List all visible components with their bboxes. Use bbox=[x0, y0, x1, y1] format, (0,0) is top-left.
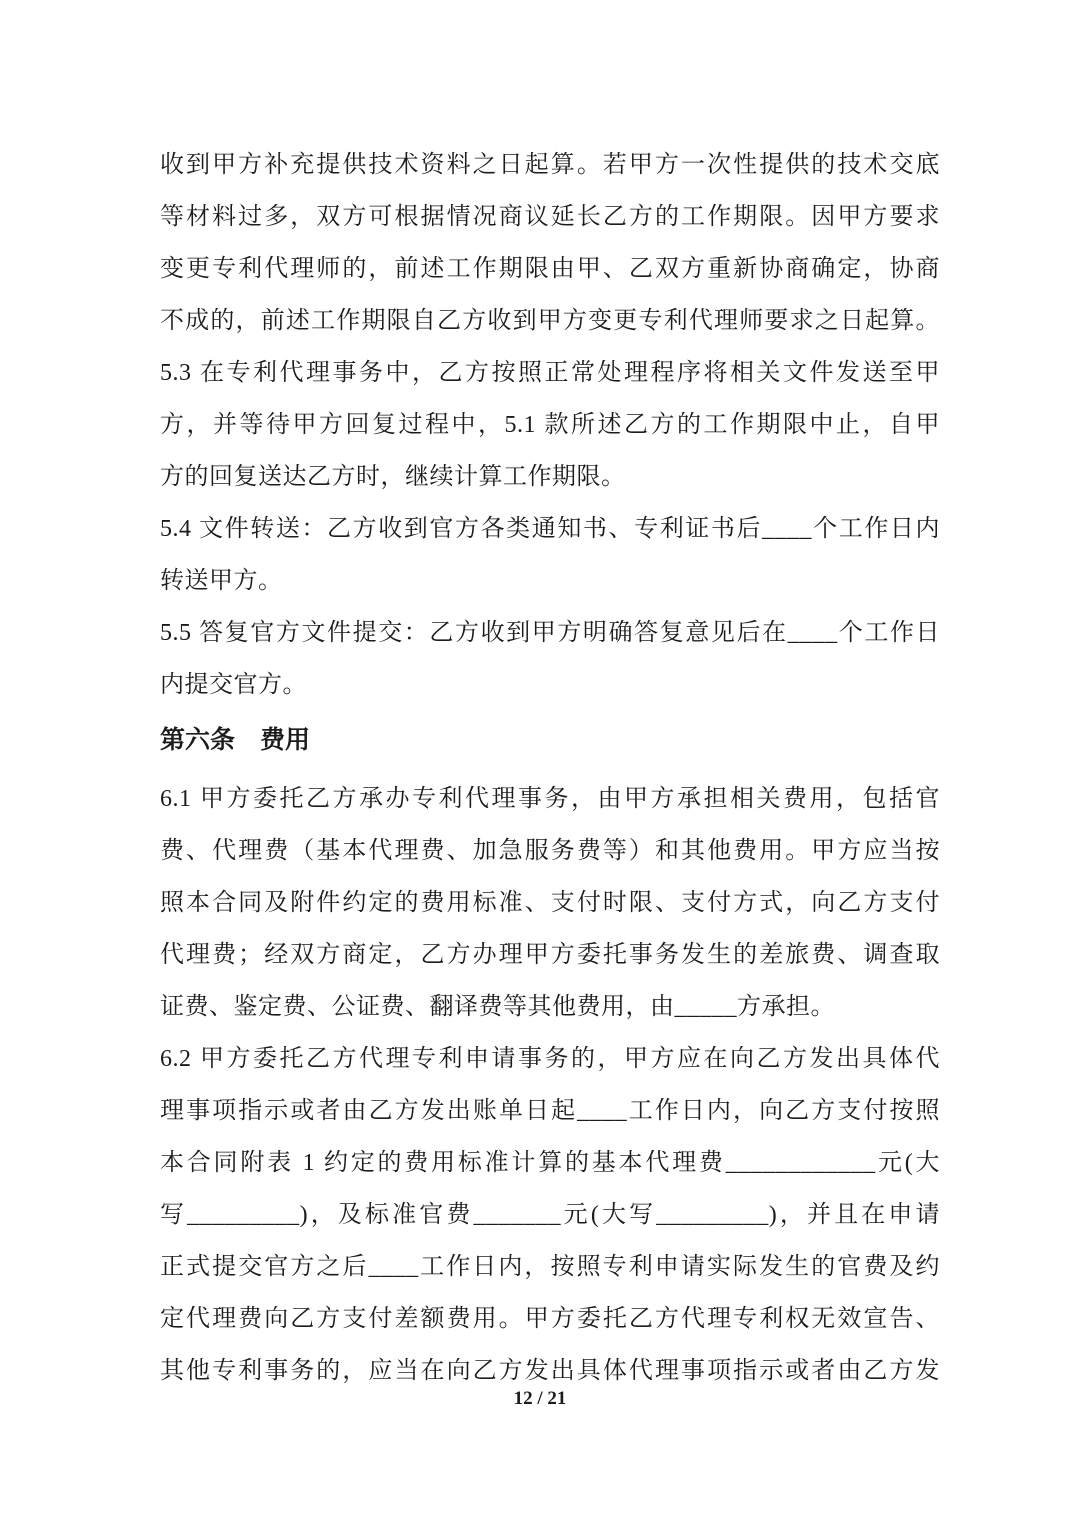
contract-line: 写_________)，及标准官费_______元(大写_________)，并… bbox=[160, 1189, 940, 1241]
contract-line: 方的回复送达乙方时，继续计算工作期限。 bbox=[160, 451, 940, 503]
contract-line: 定代理费向乙方支付差额费用。甲方委托乙方代理专利权无效宣告、 bbox=[160, 1293, 940, 1345]
contract-line: 正式提交官方之后____工作日内，按照专利申请实际发生的官费及约 bbox=[160, 1241, 940, 1293]
contract-line: 内提交官方。 bbox=[160, 659, 940, 711]
contract-line: 代理费；经双方商定，乙方办理甲方委托事务发生的差旅费、调查取 bbox=[160, 929, 940, 981]
contract-line: 证费、鉴定费、公证费、翻译费等其他费用，由_____方承担。 bbox=[160, 981, 940, 1033]
contract-line: 不成的，前述工作期限自乙方收到甲方变更专利代理师要求之日起算。 bbox=[160, 295, 940, 347]
contract-line-clause-5-5: 5.5 答复官方文件提交：乙方收到甲方明确答复意见后在____个工作日 bbox=[160, 607, 940, 659]
contract-line: 照本合同及附件约定的费用标准、支付时限、支付方式，向乙方支付 bbox=[160, 877, 940, 929]
contract-body: 收到甲方补充提供技术资料之日起算。若甲方一次性提供的技术交底 等材料过多，双方可… bbox=[160, 139, 940, 1397]
contract-line: 理事项指示或者由乙方发出账单日起____工作日内，向乙方支付按照 bbox=[160, 1085, 940, 1137]
contract-line: 方，并等待甲方回复过程中，5.1 款所述乙方的工作期限中止，自甲 bbox=[160, 399, 940, 451]
contract-line: 收到甲方补充提供技术资料之日起算。若甲方一次性提供的技术交底 bbox=[160, 139, 940, 191]
contract-line-clause-5-4: 5.4 文件转送：乙方收到官方各类通知书、专利证书后____个工作日内 bbox=[160, 503, 940, 555]
contract-line-clause-5-3: 5.3 在专利代理事务中，乙方按照正常处理程序将相关文件发送至甲 bbox=[160, 347, 940, 399]
contract-line: 费、代理费（基本代理费、加急服务费等）和其他费用。甲方应当按 bbox=[160, 825, 940, 877]
section-6-heading: 第六条 费用 bbox=[160, 715, 940, 767]
contract-line: 变更专利代理师的，前述工作期限由甲、乙双方重新协商确定，协商 bbox=[160, 243, 940, 295]
contract-page: 收到甲方补充提供技术资料之日起算。若甲方一次性提供的技术交底 等材料过多，双方可… bbox=[0, 0, 1080, 1527]
contract-line: 转送甲方。 bbox=[160, 555, 940, 607]
contract-line: 等材料过多，双方可根据情况商议延长乙方的工作期限。因甲方要求 bbox=[160, 191, 940, 243]
page-number: 12 / 21 bbox=[0, 1388, 1080, 1410]
contract-line-clause-6-1: 6.1 甲方委托乙方承办专利代理事务，由甲方承担相关费用，包括官 bbox=[160, 773, 940, 825]
contract-line-clause-6-2: 6.2 甲方委托乙方代理专利申请事务的，甲方应在向乙方发出具体代 bbox=[160, 1033, 940, 1085]
contract-line: 本合同附表 1 约定的费用标准计算的基本代理费____________元(大 bbox=[160, 1137, 940, 1189]
